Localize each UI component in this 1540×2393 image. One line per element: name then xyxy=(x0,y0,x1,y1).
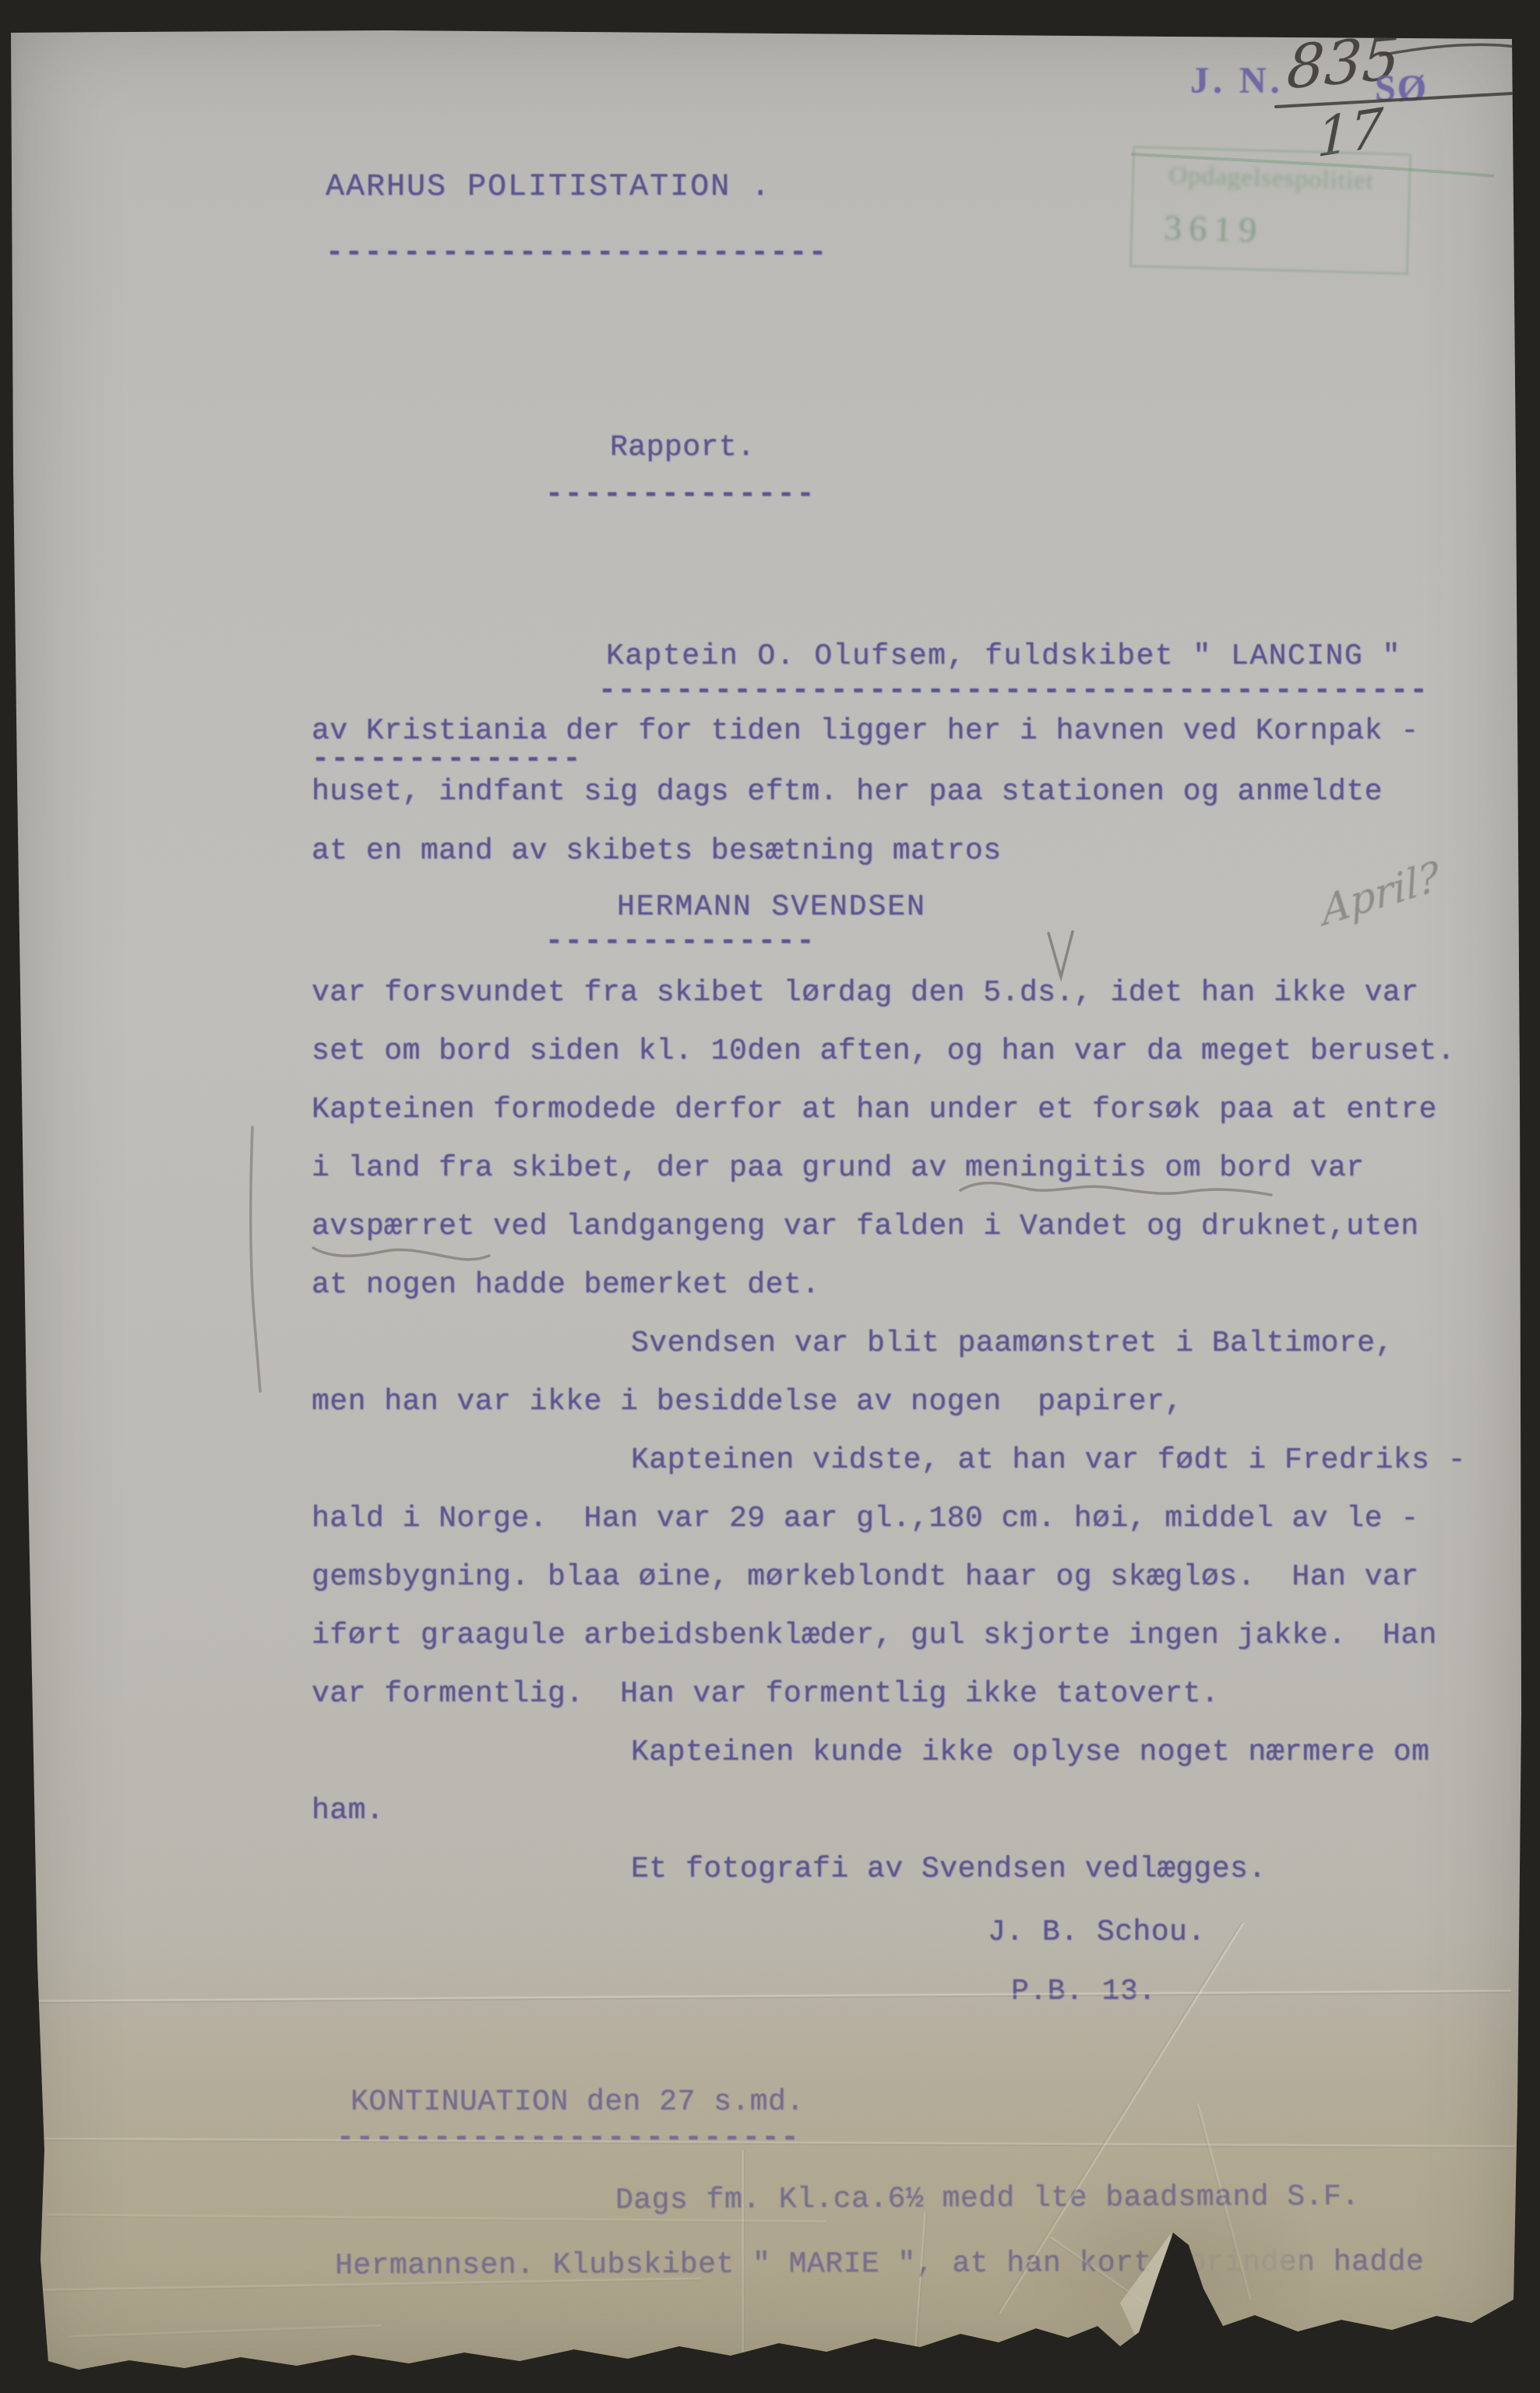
green-stamp-number: 3619 xyxy=(1164,206,1264,251)
station-name: AARHUS POLITISTATION . xyxy=(326,170,771,206)
report-line: huset, indfant sig dags eftm. her paa st… xyxy=(312,774,1383,810)
continuation-heading: KONTINUATION den 27 s.md. xyxy=(351,2085,805,2120)
crease-line xyxy=(31,1989,1511,2004)
journal-flourish-stroke xyxy=(1380,44,1521,55)
missing-person-name-underline: -------------- xyxy=(545,924,816,960)
report-line: gemsbygning. blaa øine, mørkeblondt haar… xyxy=(312,1560,1419,1595)
scanned-document-page: { "document": { "journal_stamp": { "labe… xyxy=(0,0,1540,2393)
continuation-line: Dags fm. Kl.ca.6½ medd lte baadsmand S.F… xyxy=(615,2179,1360,2219)
report-line: ham. xyxy=(312,1793,384,1829)
report-line: hald i Norge. Han var 29 aar gl.,180 cm.… xyxy=(312,1501,1419,1537)
report-line: var formentlig. Han var formentlig ikke … xyxy=(312,1676,1219,1712)
av-kristiania-underline: -------------- xyxy=(312,742,582,777)
paper-grain-texture xyxy=(0,0,1540,2393)
case-heading: Kaptein O. Olufsem, fuldskibet " LANCING… xyxy=(606,639,1401,675)
signature-badge-number: P.B. 13. xyxy=(1011,1974,1156,2010)
missing-person-name: HERMANN SVENDSEN xyxy=(617,890,926,925)
crease-line xyxy=(70,2324,382,2339)
report-line: set om bord siden kl. 10den aften, og ha… xyxy=(312,1034,1455,1070)
report-line: at nogen hadde bemerket det. xyxy=(312,1267,820,1303)
crease-line xyxy=(911,2212,927,2384)
report-line: Svendsen var blit paamønstret i Baltimor… xyxy=(631,1326,1394,1362)
scan-background: J. N. 835 17 SØ Opdagelsespolitiet 3619 … xyxy=(0,0,1540,2393)
station-name-underline: -------------------------- xyxy=(326,235,828,271)
report-line: men han var ikke i besiddelse av nogen p… xyxy=(312,1384,1183,1420)
report-line: var forsvundet fra skibet lørdag den 5.d… xyxy=(312,975,1419,1011)
journal-stamp-suffix: SØ xyxy=(1375,67,1428,110)
report-line: Kapteinen kunde ikke oplyse noget nærmer… xyxy=(631,1735,1429,1771)
case-heading-underline: ----------------------------------------… xyxy=(598,673,1429,709)
report-line: Et fotografi av Svendsen vedlægges. xyxy=(631,1852,1267,1887)
signature-name: J. B. Schou. xyxy=(988,1915,1206,1951)
report-title-underline: -------------- xyxy=(545,477,816,513)
handwritten-marks-overlay xyxy=(0,0,1540,2393)
green-stamp-text: Opdagelsespolitiet xyxy=(1145,160,1398,196)
pencil-check-mark xyxy=(1048,932,1073,977)
green-archive-stamp: Opdagelsespolitiet 3619 xyxy=(1129,146,1411,275)
report-title: Rapport. xyxy=(610,430,755,466)
report-line: Kapteinen formodede derfor at han under … xyxy=(312,1092,1437,1128)
journal-stamp-label: J. N. xyxy=(1190,59,1284,102)
pencil-wavy-underline xyxy=(313,1248,489,1260)
continuation-line: Hermannsen. Klubskibet " MARIE ", at han… xyxy=(335,2245,1424,2285)
report-line: i land fra skibet, der paa grund av meni… xyxy=(312,1151,1365,1186)
report-line: iført graagule arbeidsbenklæder, gul skj… xyxy=(312,1618,1437,1654)
continuation-underline: ------------------------ xyxy=(337,2120,800,2156)
bottom-discoloration xyxy=(0,1947,1540,2393)
report-line: avspærret ved landgangeng var falden i V… xyxy=(312,1209,1419,1245)
pencil-margin-line xyxy=(251,1127,260,1391)
pencil-note-april: April? xyxy=(1320,853,1442,936)
paper-sheet: J. N. 835 17 SØ Opdagelsespolitiet 3619 … xyxy=(0,0,1540,2393)
report-line: Kapteinen vidste, at han var født i Fred… xyxy=(631,1443,1466,1478)
scan-vignette xyxy=(0,0,1540,2393)
report-line: at en mand av skibets besætning matros xyxy=(312,833,1002,869)
